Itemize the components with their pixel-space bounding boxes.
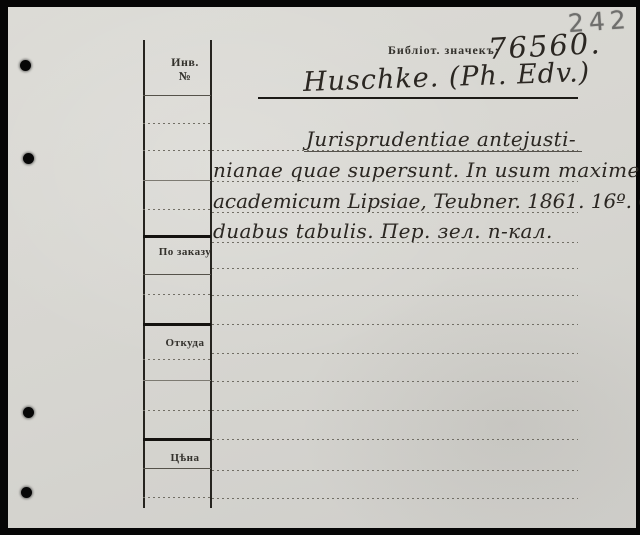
rule-line	[143, 180, 211, 181]
rule-line	[143, 497, 211, 498]
rule-line	[143, 468, 211, 469]
rule-line	[143, 410, 211, 411]
rule-line	[212, 439, 578, 440]
catalog-card-scan: Инв. № По заказу Откуда Цѣна Библіот. зн…	[0, 0, 640, 535]
rule-line	[212, 324, 578, 325]
section-divider	[143, 235, 211, 238]
punch-hole	[20, 60, 31, 71]
description-line: duabus tabulis. Пер. зел. п-кал.	[213, 219, 553, 243]
rule-line	[212, 295, 578, 296]
catalog-card: Инв. № По заказу Откуда Цѣна Библіот. зн…	[8, 7, 636, 528]
author-underline	[258, 97, 578, 99]
rule-line	[212, 410, 578, 411]
punch-hole	[21, 487, 32, 498]
rule-line	[143, 359, 211, 360]
order-label: По заказу	[151, 246, 219, 258]
rule-line	[143, 274, 211, 275]
description-line: academicum Lipsiae, Teubner. 1861. 16º. …	[213, 189, 640, 213]
rule-line	[143, 95, 211, 96]
rule-line	[212, 381, 578, 382]
inventory-number-label: Инв.	[151, 55, 219, 70]
author-heading: Huschke. (Ph. Edv.)	[303, 57, 591, 98]
section-divider	[143, 438, 211, 441]
rule-line	[143, 380, 211, 381]
rule-line	[212, 470, 578, 471]
price-label: Цѣна	[151, 452, 219, 464]
rule-line	[143, 209, 211, 210]
title-underline	[304, 151, 582, 152]
rule-line	[143, 150, 211, 151]
rule-line	[143, 123, 211, 124]
punch-hole	[23, 407, 34, 418]
description-line: nianae quae supersunt. In usum maxime	[213, 158, 640, 182]
rule-line	[143, 294, 211, 295]
section-divider	[143, 323, 211, 326]
inventory-number-sign: №	[151, 69, 219, 84]
description-line: Jurisprudentiae antejusti-	[306, 127, 576, 151]
rule-line	[212, 353, 578, 354]
punch-hole	[23, 153, 34, 164]
library-mark-label: Библіот. значекъ:	[388, 43, 500, 58]
origin-label: Откуда	[151, 337, 219, 349]
rule-line	[212, 268, 578, 269]
rule-line	[212, 498, 578, 499]
